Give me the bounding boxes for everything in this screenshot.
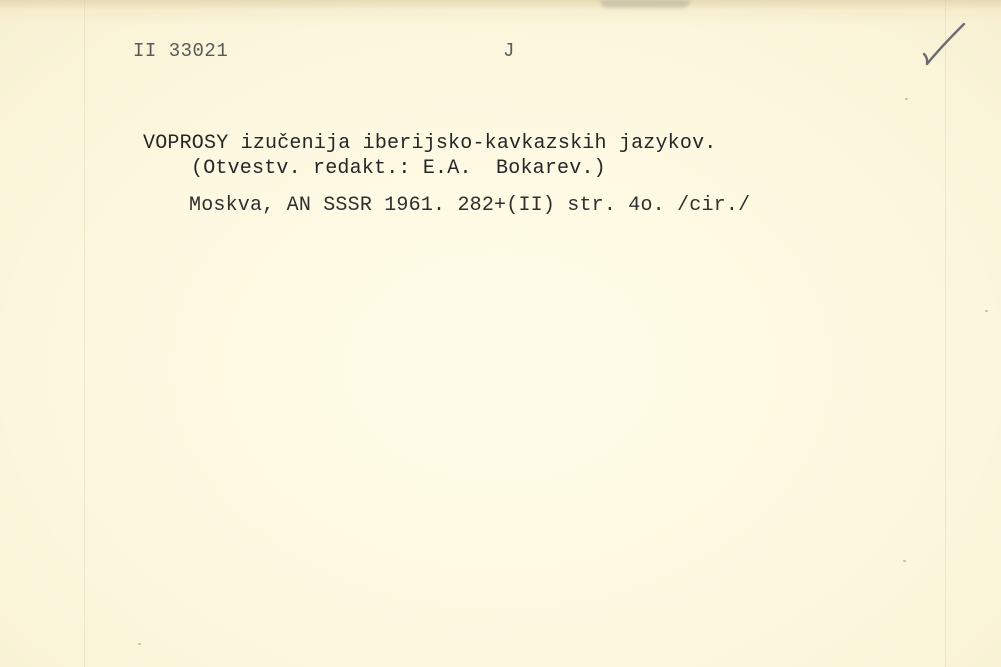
- paper-crease: [945, 0, 946, 667]
- imprint-line: Moskva, AN SSSR 1961. 282+(II) str. 4o. …: [189, 194, 750, 217]
- letter-code: J: [503, 40, 514, 62]
- paper-speck: [905, 98, 908, 100]
- paper-smudge: [600, 0, 690, 8]
- catalog-card: II 33021 J VOPROSY izučenija iberijsko-k…: [0, 0, 1001, 667]
- paper-speck: [903, 560, 906, 562]
- editor-line: (Otvestv. redakt.: E.A. Bokarev.): [191, 157, 606, 180]
- paper-speck: [985, 310, 988, 312]
- paper-crease: [84, 0, 85, 667]
- call-number: II 33021: [133, 40, 228, 62]
- title-line: VOPROSY izučenija iberijsko-kavkazskih j…: [143, 132, 717, 155]
- paper-speck: [138, 643, 141, 645]
- checkmark-icon: [918, 18, 970, 70]
